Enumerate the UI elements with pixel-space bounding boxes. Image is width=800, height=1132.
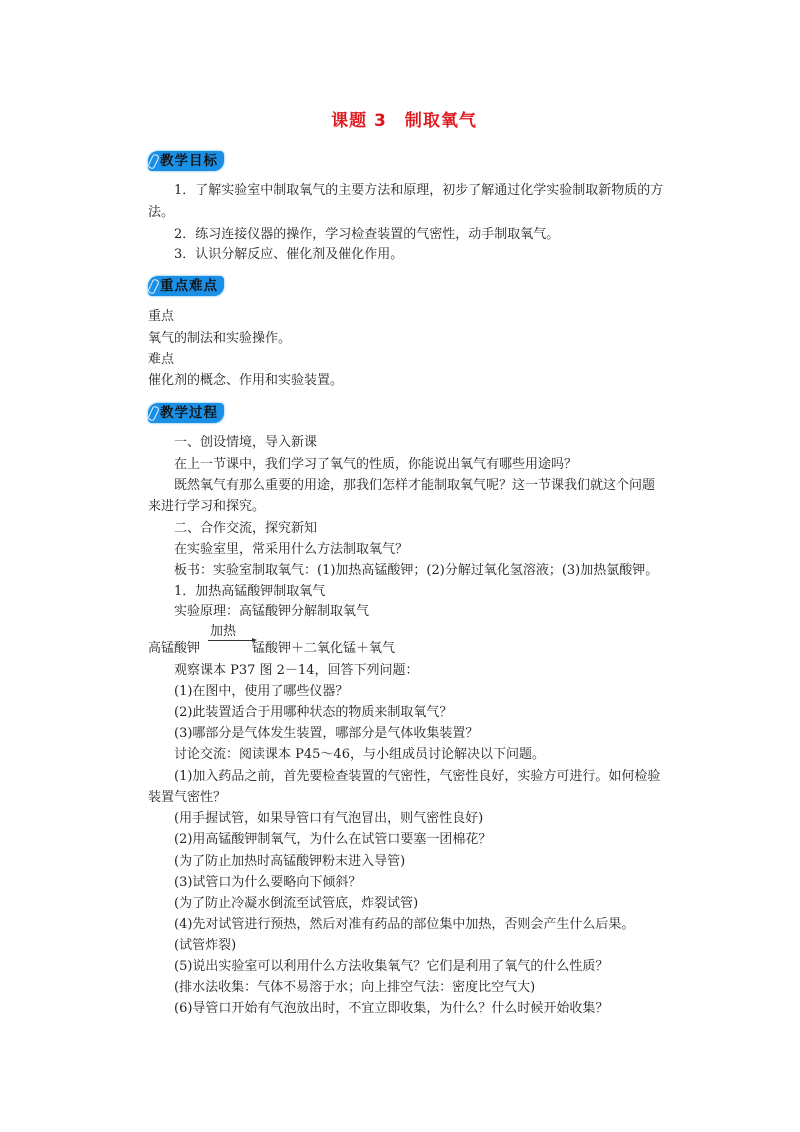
process-line: (5)说出实验室可以利用什么方法收集氧气？它们是利用了氧气的什么性质？	[148, 957, 694, 977]
section-badge-objectives: 教学目标	[148, 151, 224, 171]
badge-label: 重点难点	[160, 278, 218, 294]
equation-condition: 加热	[210, 624, 236, 640]
paperclip-icon	[147, 278, 160, 295]
section-badge-key-points: 重点难点	[148, 276, 224, 296]
process-line: (6)导管口开始有气泡放出时，不宜立即收集，为什么？什么时候开始收集？	[148, 999, 694, 1019]
process-line: (3)哪部分是气体发生装置，哪部分是气体收集装置？	[148, 724, 694, 744]
process-line: 在上一节课中，我们学习了氧气的性质，你能说出氧气有哪些用途吗？	[148, 455, 694, 475]
badge-label: 教学目标	[160, 153, 218, 169]
objective-line: 1．了解实验室中制取氧气的主要方法和原理，初步了解通过化学实验制取新物质的方	[148, 181, 694, 201]
process-line: 实验原理：高锰酸钾分解制取氧气	[148, 602, 694, 622]
process-line: 装置气密性？	[148, 788, 668, 808]
section-badge-process: 教学过程	[148, 403, 224, 423]
key-point-line: 氧气的制法和实验操作。	[148, 329, 668, 349]
process-line: 在实验室里，常采用什么方法制取氧气？	[148, 540, 694, 560]
process-line: (为了防止冷凝水倒流至试管底，炸裂试管)	[148, 894, 694, 914]
process-line: (用手握试管，如果导管口有气泡冒出，则气密性良好)	[148, 809, 694, 829]
process-line: (排水法收集：气体不易溶于水；向上排空气法：密度比空气大)	[148, 978, 694, 998]
paperclip-icon	[147, 153, 160, 170]
key-point-line: 难点	[148, 350, 668, 370]
objective-line: 法。	[148, 203, 668, 223]
process-line: (3)试管口为什么要略向下倾斜？	[148, 873, 694, 893]
process-line: 1．加热高锰酸钾制取氧气	[148, 582, 694, 602]
process-line: 板书：实验室制取氧气：(1)加热高锰酸钾；(2)分解过氧化氢溶液；(3)加热氯酸…	[148, 561, 694, 581]
process-line: (1)加入药品之前，首先要检查装置的气密性，气密性良好，实验方可进行。如何检验	[148, 767, 694, 787]
process-line: (2)用高锰酸钾制氧气，为什么在试管口要塞一团棉花？	[148, 830, 694, 850]
objective-line: 3．认识分解反应、催化剂及催化作用。	[148, 245, 694, 265]
process-line: 二、合作交流，探究新知	[148, 519, 694, 539]
process-line: 既然氧气有那么重要的用途，那我们怎样才能制取氧气呢？这一节课我们就这个问题	[148, 476, 694, 496]
objective-line: 2．练习连接仪器的操作，学习检查装置的气密性，动手制取氧气。	[148, 225, 694, 245]
page-title: 课题 3 制取氧气	[148, 106, 660, 131]
equation-reactant: 高锰酸钾	[148, 639, 200, 659]
key-point-line: 重点	[148, 307, 668, 327]
equation-products: 锰酸钾＋二氧化锰＋氧气	[252, 639, 395, 659]
reaction-arrow-icon	[208, 640, 254, 641]
process-line: (为了防止加热时高锰酸钾粉末进入导管)	[148, 852, 694, 872]
badge-label: 教学过程	[160, 405, 218, 421]
paperclip-icon	[147, 405, 160, 422]
key-point-line: 催化剂的概念、作用和实验装置。	[148, 371, 668, 391]
process-line: (4)先对试管进行预热，然后对准有药品的部位集中加热，否则会产生什么后果。	[148, 915, 694, 935]
process-line: 观察课本 P37 图 2－14，回答下列问题：	[148, 661, 694, 681]
process-line: (试管炸裂)	[148, 936, 694, 956]
process-line: 讨论交流：阅读课本 P45～46，与小组成员讨论解决以下问题。	[148, 745, 694, 765]
process-line: (2)此装置适合于用哪种状态的物质来制取氧气？	[148, 703, 694, 723]
process-line: 一、创设情境，导入新课	[148, 433, 694, 453]
process-line: 来进行学习和探究。	[148, 497, 668, 517]
process-line: (1)在图中，使用了哪些仪器？	[148, 682, 694, 702]
